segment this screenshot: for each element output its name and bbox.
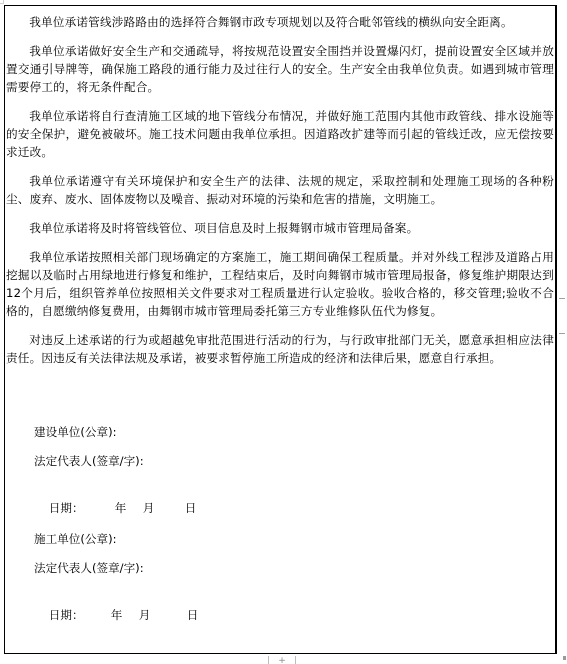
paragraph-filing: 我单位承诺将及时将管线管位、项目信息及时上报舞钢市城市管理局备案。 — [6, 219, 554, 237]
contractor-signature-block: 施工单位(公章): 法定代表人(签章/字): 日期：年月日 — [34, 530, 198, 617]
margin-tick-mark — [559, 298, 565, 299]
month-label: 月 — [139, 606, 187, 624]
page-corner-mark — [0, 0, 4, 4]
construction-owner-signature-block: 建设单位(公章): 法定代表人(签章/字): 日期：年月日 — [34, 423, 196, 510]
construction-owner-date-line: 日期：年月日 — [34, 481, 196, 499]
date-label: 日期： — [49, 606, 111, 624]
add-section-button[interactable]: + — [268, 656, 296, 664]
contractor-date-line: 日期：年月日 — [34, 588, 198, 606]
resize-handle-icon[interactable] — [563, 656, 566, 660]
paragraph-environmental-protection: 我单位承诺遵守有关环境保护和安全生产的法律、法规的规定，采取控制和处理施工现场的… — [6, 172, 554, 208]
year-label: 年 — [115, 499, 143, 517]
margin-tick-mark — [559, 333, 565, 334]
contractor-unit-label: 施工单位(公章): — [34, 530, 198, 548]
paragraph-route-compliance: 我单位承诺管线涉路路由的选择符合舞钢市政专项规划以及符合毗邻管线的横纵向安全距离… — [6, 13, 554, 31]
paragraph-traffic-safety: 我单位承诺做好安全生产和交通疏导，将按规范设置安全围挡并设置爆闪灯，提前设置安全… — [6, 42, 554, 96]
day-label: 日 — [185, 499, 197, 517]
paragraph-underground-pipelines: 我单位承诺将自行查清施工区域的地下管线分布情况，并做好施工范围内其他市政管线、排… — [6, 107, 554, 161]
paragraph-liability: 对违反上述承诺的行为或超越免审批范围进行活动的行为，与行政审批部门无关，愿意承担… — [6, 331, 554, 367]
day-label: 日 — [187, 606, 199, 624]
construction-owner-unit-label: 建设单位(公章): — [34, 423, 196, 441]
contractor-representative-label: 法定代表人(签章/字): — [34, 559, 198, 577]
date-label: 日期： — [49, 499, 115, 517]
year-label: 年 — [111, 606, 139, 624]
month-label: 月 — [143, 499, 185, 517]
commitment-body: 我单位承诺管线涉路路由的选择符合舞钢市政专项规划以及符合毗邻管线的横纵向安全距离… — [6, 13, 554, 367]
paragraph-quality-acceptance: 我单位承诺按照相关部门现场确定的方案施工，施工期间确保工程质量。并对外线工程涉及… — [6, 248, 554, 320]
construction-owner-representative-label: 法定代表人(签章/字): — [34, 452, 196, 470]
